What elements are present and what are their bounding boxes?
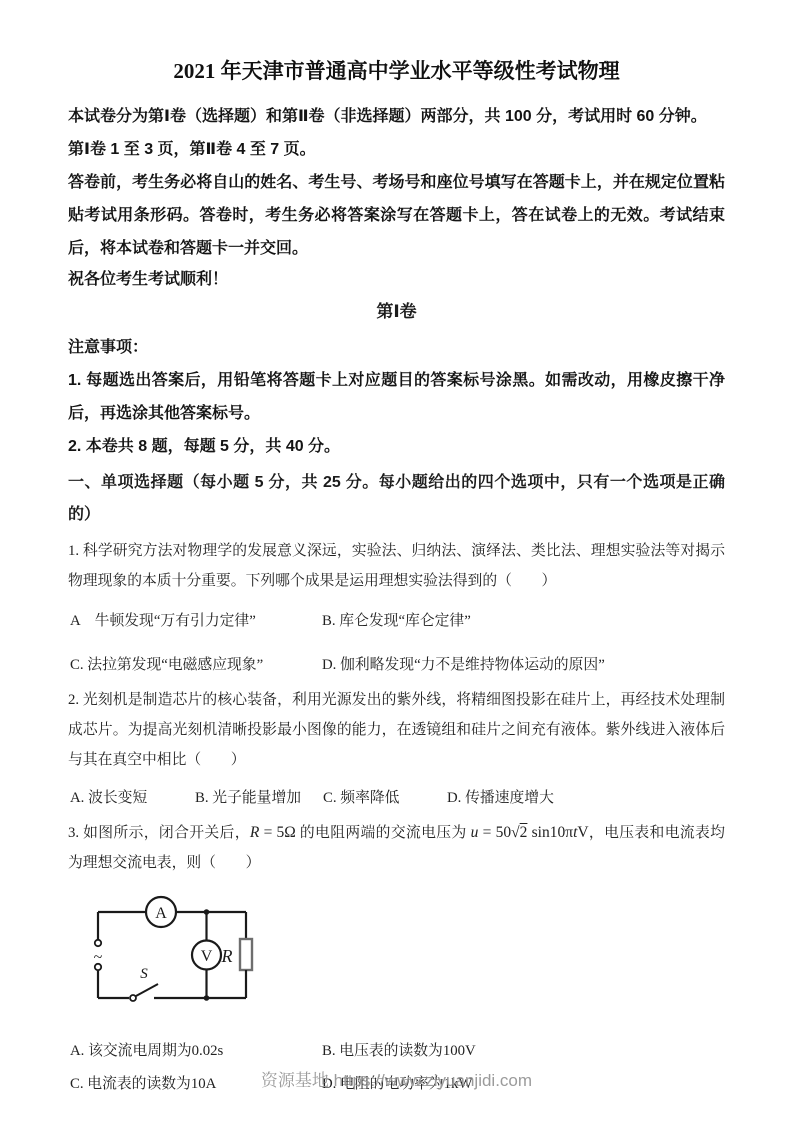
resistor-icon: [240, 939, 252, 970]
junction-dot-bottom: [204, 995, 210, 1001]
watermark-source-link: 资源基地 https://www.ziyuanjidi.com: [0, 1066, 793, 1091]
page-content: 2021 年天津市普通高中学业水平等级性考试物理 本试卷分为第Ⅰ卷（选择题）和第…: [0, 0, 793, 1099]
circuit-diagram: A ~ S V R: [86, 892, 266, 1018]
q3-sin-term: sin10π: [527, 824, 573, 841]
q1-option-a: A 牛顿发现“万有引力定律”: [70, 606, 322, 636]
q3-unit-volts: V: [577, 824, 588, 841]
q1-option-d: D. 伽利略发现“力不是维持物体运动的原因”: [322, 650, 725, 680]
q2-option-a: A. 波长变短: [70, 783, 195, 813]
q1-option-b: B. 库仑发现“库仑定律”: [322, 606, 725, 636]
q3-option-b: B. 电压表的读数为100V: [322, 1036, 725, 1066]
switch-label: S: [140, 966, 148, 982]
resistor-label: R: [221, 946, 233, 966]
intro-line-2: 第Ⅰ卷 1 至 3 页，第Ⅱ卷 4 至 7 页。: [68, 133, 725, 166]
section-heading: 第Ⅰ卷: [68, 297, 725, 327]
notice-item-1: 1. 每题选出答案后，用铅笔将答题卡上对应题目的答案标号涂黑。如需改动，用橡皮擦…: [68, 364, 725, 430]
q3-R-value: = 5Ω: [259, 824, 295, 841]
question-2-text: 2. 光刻机是制造芯片的核心装备，利用光源发出的紫外线，将精细图投影在硅片上，再…: [68, 685, 725, 775]
ammeter-label: A: [155, 905, 167, 922]
q3-option-a: A. 该交流电周期为0.02s: [70, 1036, 322, 1066]
q2-option-b: B. 光子能量增加: [195, 783, 323, 813]
notice-title: 注意事项：: [68, 331, 725, 364]
notice-item-2: 2. 本卷共 8 题，每题 5 分，共 40 分。: [68, 430, 725, 463]
intro-wish: 祝各位考生考试顺利！: [68, 265, 725, 295]
q3-voltage-formula: u = 50√2 sin10πtV: [471, 824, 589, 841]
q3-text-part2: 的电阻两端的交流电压为: [296, 825, 471, 841]
q3-symbol-R: R: [250, 824, 259, 841]
switch-pivot-icon: [130, 995, 136, 1001]
question-type-heading: 一、单项选择题（每小题 5 分，共 25 分。每小题给出的四个选项中，只有一个选…: [68, 467, 725, 531]
q3-u-eq: = 50: [478, 824, 511, 841]
q1-option-c: C. 法拉第发现“电磁感应现象”: [70, 650, 322, 680]
q3-text-part1: 3. 如图所示，闭合开关后，: [68, 825, 250, 841]
intro-line-1: 本试卷分为第Ⅰ卷（选择题）和第Ⅱ卷（非选择题）两部分，共 100 分，考试用时 …: [68, 100, 725, 133]
question-3-text: 3. 如图所示，闭合开关后，R = 5Ω 的电阻两端的交流电压为 u = 50√…: [68, 818, 725, 878]
source-terminal-top-icon: [95, 940, 101, 946]
q2-option-d: D. 传播速度增大: [447, 783, 725, 813]
question-3-circuit-figure: A ~ S V R: [86, 892, 725, 1018]
q3-radical-sign: √: [511, 824, 520, 841]
intro-instructions: 答卷前，考生务必将自山的姓名、考生号、考场号和座位号填写在答题卡上，并在规定位置…: [68, 166, 725, 265]
switch-blade-icon: [136, 984, 158, 996]
question-1-text: 1. 科学研究方法对物理学的发展意义深远，实验法、归纳法、演绎法、类比法、理想实…: [68, 536, 725, 596]
question-1-options: A 牛顿发现“万有引力定律” B. 库仑发现“库仑定律” C. 法拉第发现“电磁…: [68, 606, 725, 680]
exam-paper-page: 2021 年天津市普通高中学业水平等级性考试物理 本试卷分为第Ⅰ卷（选择题）和第…: [0, 0, 793, 1122]
page-title: 2021 年天津市普通高中学业水平等级性考试物理: [68, 56, 725, 86]
source-terminal-bottom-icon: [95, 964, 101, 970]
question-2-options: A. 波长变短 B. 光子能量增加 C. 频率降低 D. 传播速度增大: [68, 783, 725, 813]
voltmeter-label: V: [201, 948, 213, 965]
q2-option-c: C. 频率降低: [323, 783, 447, 813]
